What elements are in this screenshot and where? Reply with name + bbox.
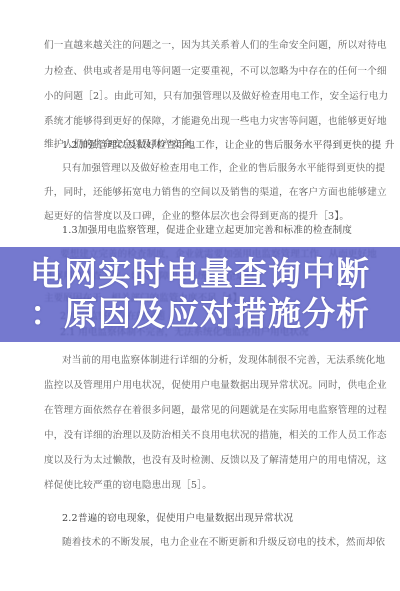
title-banner: 要想建立完善的检查制度，企业就需要加强用电监察管理工作，从而更好地 开展用电检查…	[0, 247, 400, 342]
paragraph-line: 监控以及管理用户用电状况，促使用户电量数据出现异常状况。同时，供电企业	[44, 380, 387, 392]
paragraph-line: 系统才能够得到更好的保障，才能避免出现一些电力灾害等问题，也能够更好地	[44, 116, 387, 128]
section-1-2-heading: 1.2加强管理以及做好检查用电工作，让企业的售后服务水平得到更快的提 升	[62, 140, 395, 152]
banner-title-line-1: 电网实时电量查询中断	[0, 254, 400, 294]
paragraph-line: 样促使比较严重的窃电隐患出现［5］。	[44, 480, 212, 492]
paragraph-line: 随着技术的不断发展，电力企业在不断更新和升级反窃电的技术，然而却依	[62, 537, 385, 549]
section-2-2-heading: 2.2普遍的窃电现象，促使用户电量数据出现异常状况	[62, 513, 293, 525]
section-1-3-heading: 1.3加强用电监察管理，促进企业建立起更加完善和标准的检查制度	[62, 225, 352, 237]
paragraph-line: 中，没有详细的治理以及防治相关不良用电状况的措施，相关的工作人员工作态	[44, 430, 387, 442]
paragraph-line: 力检查、供电或者是用电等问题一定要重视，不可以忽略为中存在的任何一个细	[44, 66, 387, 78]
paragraph-line: 只有加强管理以及做好检查用电工作，企业的售后服务水平能得到更快的提	[62, 163, 385, 175]
paragraph-line: 在管理方面依然存在着很多问题，最常见的问题就是在实际用电监察管理的过程	[44, 405, 387, 417]
paragraph-line: 起更好的信誉度以及口碑，企业的整体层次也会得到更高的提升［3】。	[44, 211, 349, 223]
banner-title-line-2: ：原因及应对措施分析	[0, 294, 400, 334]
paragraph-line: 小的问题［2］。由此可知，只有加强管理以及做好检查用电工作，安全运行电力	[44, 91, 388, 103]
paragraph-line: 升，同时，还能够拓宽电力销售的空间以及销售的渠道，在客户方面也能够建立	[44, 187, 387, 199]
paragraph-line: 们一直越来越关注的问题之一，因为其关系着人们的生命安全问题，所以对待电	[44, 40, 387, 52]
paragraph-line: 度以及行为太过懒散，也没有及时检测、反馈以及了解清楚用户的用电情况，这	[44, 455, 387, 467]
paragraph-line: 对当前的用电监察体制进行详细的分析，发现体制很不完善，无法系统化地	[62, 355, 385, 367]
document-page: 们一直越来越关注的问题之一，因为其关系着人们的生命安全问题，所以对待电 力检查、…	[0, 0, 400, 591]
